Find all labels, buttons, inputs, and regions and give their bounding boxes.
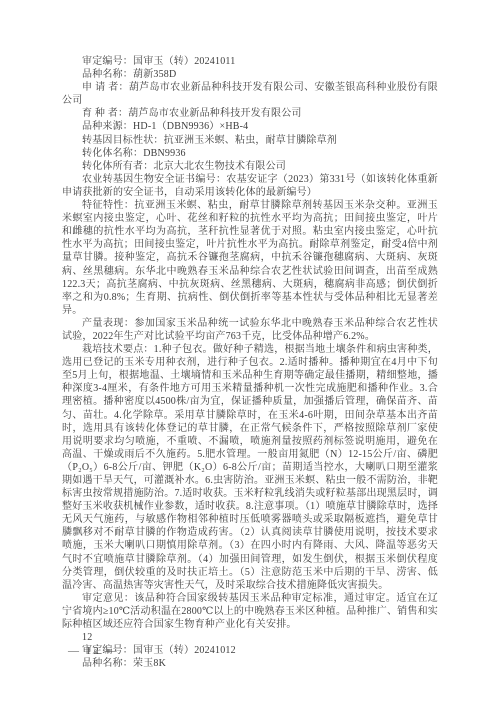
field-value: HD-1（DBN9936）×HB-4 <box>133 121 248 132</box>
field-value: 葫芦岛市农业新品种科技开发有限公司 <box>128 108 301 119</box>
field-label: 品种名称： <box>82 69 133 80</box>
field-value: 荣玉8K <box>133 658 166 669</box>
field-value: DBN9936 <box>143 148 186 159</box>
field-label: 转化体名称： <box>82 148 143 159</box>
paragraph-characteristics: 特征特性：抗亚洲玉米螟、粘虫，耐草甘膦除草剂转基因玉米杂交种。亚洲玉米螟室内接虫… <box>62 199 438 317</box>
field-label: 申 请 者： <box>82 82 129 93</box>
field-label: 育 种 者： <box>82 108 128 119</box>
field-label: 转化体所有者： <box>82 161 153 172</box>
paragraph-approval-opinion: 审定意见：该品种符合国家级转基因玉米品种审定标准，通过审定。适宜在辽宁省境内≥1… <box>62 592 438 631</box>
field-variety-origin: 品种来源：HD-1（DBN9936）×HB-4 <box>62 120 438 133</box>
field-value: 国审玉（转）20241012 <box>133 645 236 656</box>
field-approval-number: 审定编号：国审玉（转）20241011 <box>62 55 438 68</box>
next-entry-serial: 12 <box>62 631 438 644</box>
paragraph-text: 抗亚洲玉米螟、粘虫，耐草甘膦除草剂转基因玉米杂交种。亚洲玉米螟室内接虫鉴定，心叶… <box>62 200 438 316</box>
field-biosafety-certificate-number: 农业转基因生物安全证书编号：农基安证字（2023）第331号（如该转化体重新申请… <box>62 173 438 199</box>
field-label: 审定编号： <box>82 56 133 67</box>
document-page: 审定编号：国审玉（转）20241011 品种名称：葫新358D 申 请 者：葫芦… <box>0 0 500 706</box>
field-variety-name: 品种名称：葫新358D <box>62 68 438 81</box>
document-body: 审定编号：国审玉（转）20241011 品种名称：葫新358D 申 请 者：葫芦… <box>62 55 438 670</box>
serial-number: 12 <box>82 632 92 643</box>
paragraph-title: 特征特性： <box>82 200 134 211</box>
paragraph-title: 产量表现： <box>82 318 134 329</box>
field-transformation-event-name: 转化体名称：DBN9936 <box>62 147 438 160</box>
paragraph-title: 栽培技术要点： <box>82 344 154 355</box>
field-label: 品种名称： <box>82 658 133 669</box>
field-gm-target-traits: 转基因目标性状：抗亚洲玉米螟、粘虫，耐草甘膦除草剂 <box>62 134 438 147</box>
field-value: 国审玉（转）20241011 <box>133 56 235 67</box>
field-label: 品种来源： <box>82 121 133 132</box>
field-breeder: 育 种 者：葫芦岛市农业新品种科技开发有限公司 <box>62 107 438 120</box>
field-event-owner: 转化体所有者：北京大北农生物技术有限公司 <box>62 160 438 173</box>
field-value: 葫新358D <box>133 69 176 80</box>
field-label: 农业转基因生物安全证书编号： <box>82 174 226 185</box>
paragraph-text: 1.种子包衣。做好种子精选，根据当地土壤条件和病虫害种类，选用已登记的玉米专用种… <box>62 344 438 591</box>
paragraph-cultivation-techniques: 栽培技术要点：1.种子包衣。做好种子精选，根据当地土壤条件和病虫害种类，选用已登… <box>62 343 438 592</box>
field-value: 抗亚洲玉米螟、粘虫，耐草甘膦除草剂 <box>164 135 337 146</box>
field-applicant: 申 请 者：葫芦岛市农业新品种科技开发有限公司、安徽荃银高科种业股份有限公司 <box>62 81 438 107</box>
field-value: 北京大北农生物技术有限公司 <box>153 161 286 172</box>
field-label: 转基因目标性状： <box>82 135 164 146</box>
paragraph-title: 审定意见： <box>82 593 134 604</box>
paragraph-yield-performance: 产量表现：参加国家玉米品种统一试验东华北中晚熟春玉米品种综合农艺性状试验，202… <box>62 317 438 343</box>
page-number: — 12 — <box>68 645 119 657</box>
next-entry-variety-name: 品种名称：荣玉8K <box>62 657 438 670</box>
